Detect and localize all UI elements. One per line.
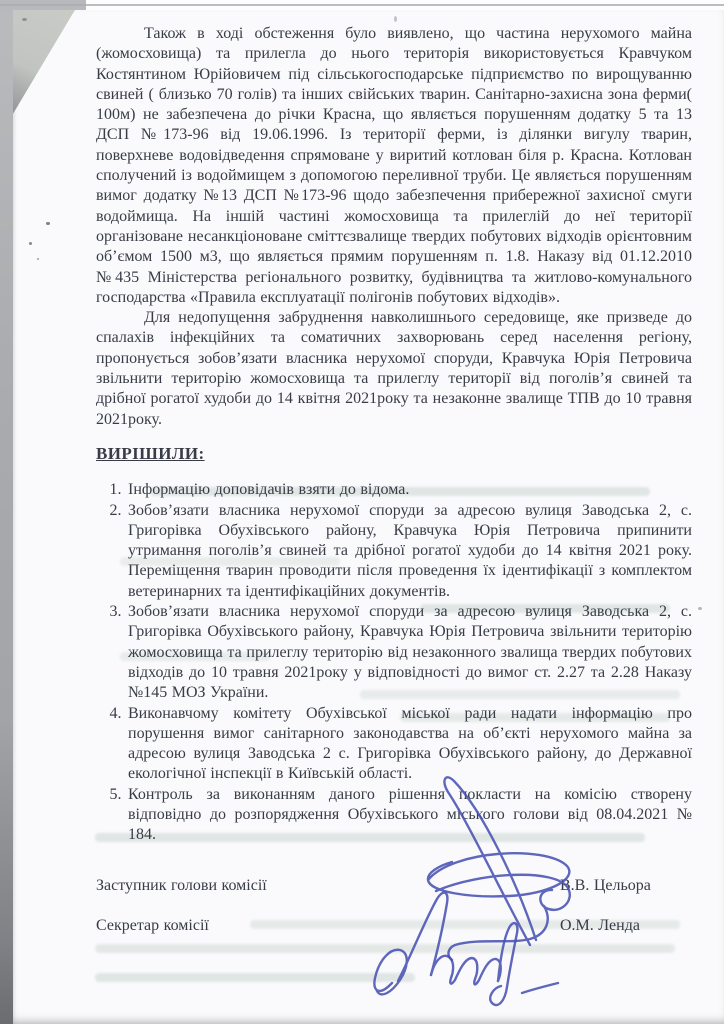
signature-name: В.В. Цельора xyxy=(560,876,692,896)
decision-list: Інформацію доповідачів взяти до відома. … xyxy=(96,480,692,845)
decision-item-3: Зобов’язати власника нерухомої споруди з… xyxy=(126,602,692,703)
scan-speck xyxy=(394,16,397,22)
signature-title: Заступник голови комісії xyxy=(96,876,560,896)
decision-item-4: Виконавчому комітету Обухівської міської… xyxy=(126,704,692,785)
signature-row-secretary: Секретар комісії О.М. Ленда xyxy=(96,916,692,936)
bleed-through-artifact xyxy=(95,944,675,953)
bleed-through-artifact xyxy=(95,973,415,982)
scan-speck xyxy=(29,242,32,245)
paragraph-findings: Також в ході обстеження було виявлено, щ… xyxy=(96,24,692,308)
scan-speck xyxy=(698,607,702,610)
scan-edge-left xyxy=(0,0,13,1024)
decision-heading: ВИРІШИЛИ: xyxy=(96,444,692,464)
signature-title: Секретар комісії xyxy=(96,916,560,936)
signature-row-deputy: Заступник голови комісії В.В. Цельора xyxy=(96,876,692,896)
scan-edge-line xyxy=(0,4,724,6)
scan-speck xyxy=(46,222,50,225)
scan-speck xyxy=(22,18,27,21)
decision-item-1: Інформацію доповідачів взяти до відома. xyxy=(126,480,692,500)
scan-speck xyxy=(37,258,39,260)
scanned-document-page: { "document": { "paragraphs": [ "Також в… xyxy=(0,0,724,1024)
signature-name: О.М. Ленда xyxy=(560,916,692,936)
document-body: Також в ході обстеження було виявлено, щ… xyxy=(96,24,692,936)
decision-item-5: Контроль за виконанням даного рішення по… xyxy=(126,785,692,846)
decision-item-2: Зобов’язати власника нерухомої споруди з… xyxy=(126,501,692,602)
paragraph-proposal: Для недопущення забруднення навколишньог… xyxy=(96,308,692,430)
